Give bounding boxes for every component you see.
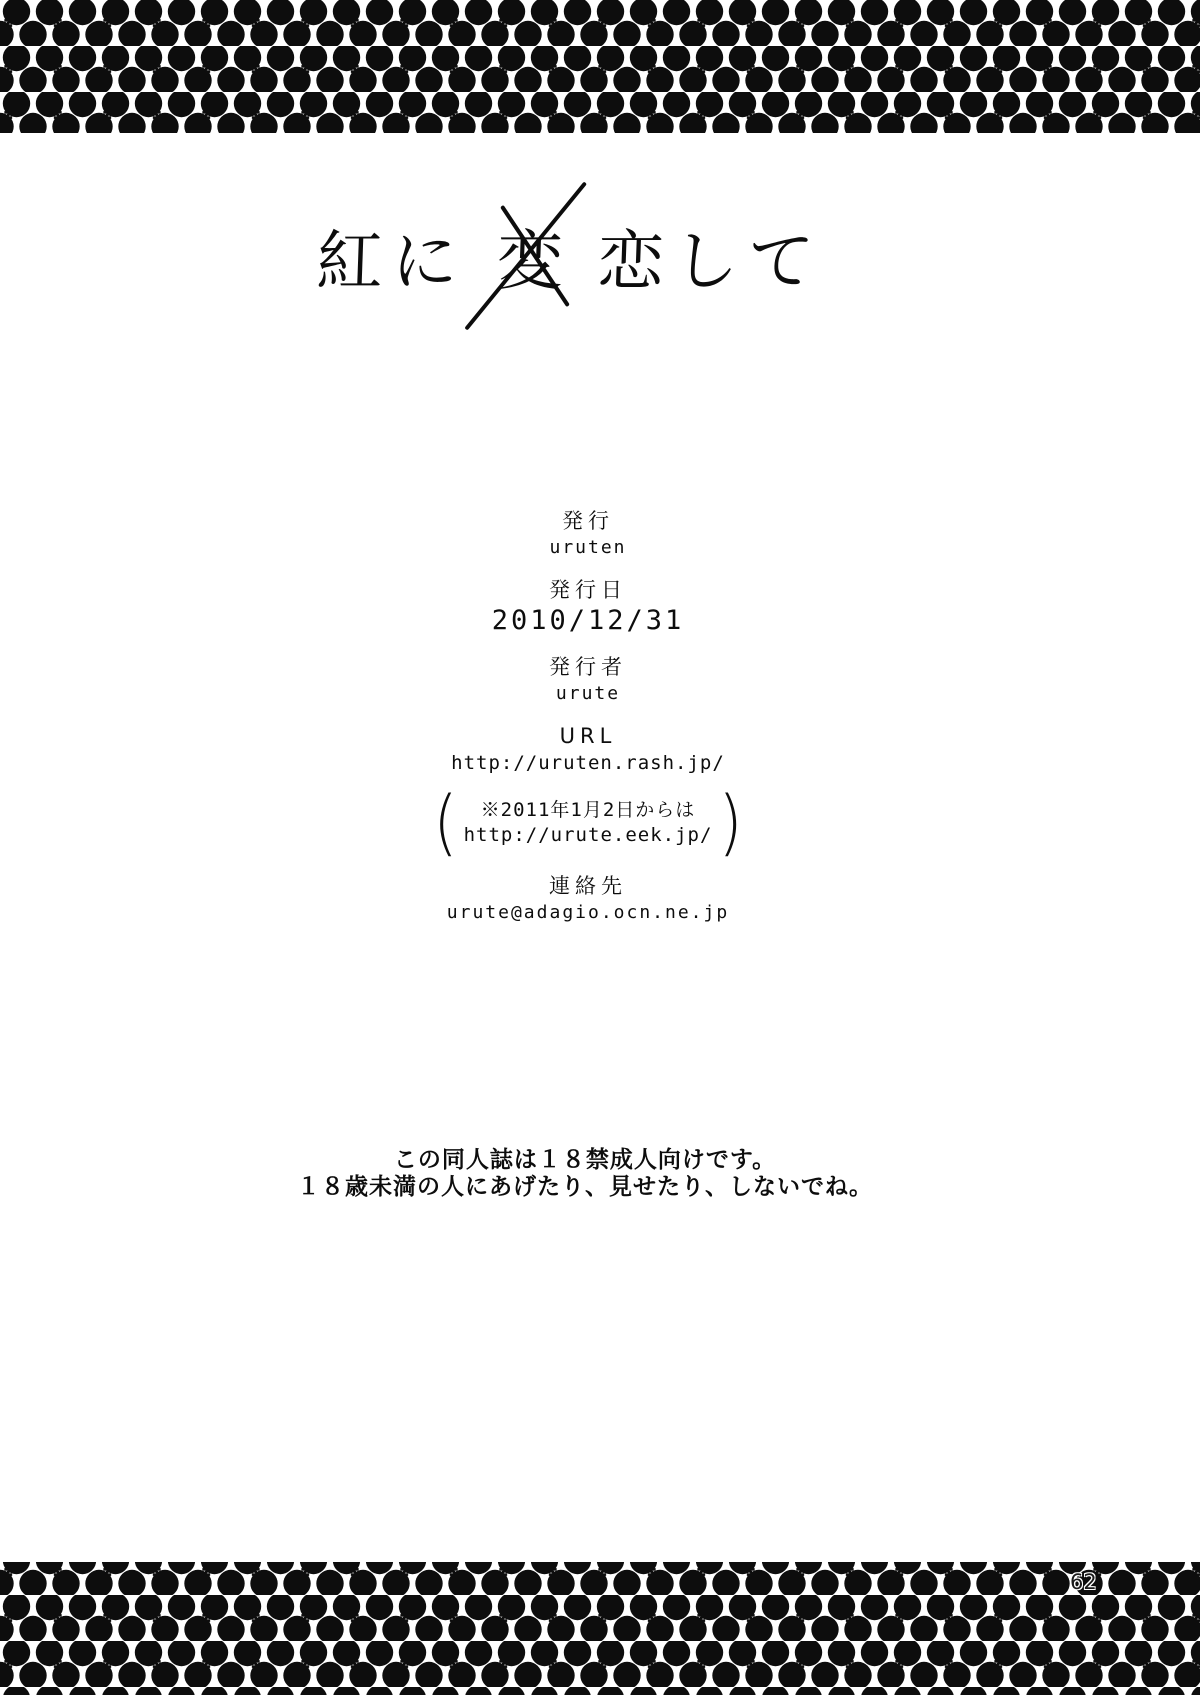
top-ornament-band bbox=[0, 0, 1200, 133]
author-value: urute bbox=[0, 681, 1176, 706]
author-label: 発行者 bbox=[0, 654, 1176, 681]
note-lines: ※2011年1月2日からは http://urute.eek.jp/ bbox=[464, 798, 713, 848]
disclaimer-line1: この同人誌は１８禁成人向けです。 bbox=[0, 1146, 1170, 1173]
contact-label: 連絡先 bbox=[0, 873, 1176, 900]
colophon: 発行 uruten 発行日 2010/12/31 発行者 urute URL h… bbox=[0, 508, 1200, 942]
url-change-note: ( ※2011年1月2日からは http://urute.eek.jp/ ) bbox=[0, 793, 1176, 853]
url-section: URL http://uruten.rash.jp/ bbox=[0, 723, 1176, 776]
disclaimer-line2: １８歳未満の人にあげたり、見せたり、しないでね。 bbox=[0, 1173, 1170, 1200]
note-line2: http://urute.eek.jp/ bbox=[464, 823, 713, 848]
bottom-ornament-band: 62 bbox=[0, 1562, 1200, 1695]
dot-pattern-bottom bbox=[0, 1562, 1200, 1695]
note-line1: ※2011年1月2日からは bbox=[464, 798, 713, 823]
date-label: 発行日 bbox=[0, 577, 1176, 604]
age-disclaimer: この同人誌は１８禁成人向けです。 １８歳未満の人にあげたり、見せたり、しないでね… bbox=[0, 1146, 1200, 1200]
note-close-paren: ) bbox=[718, 789, 742, 858]
doujinshi-colophon-page: 紅に変恋して 発行 uruten 発行日 2010/12/31 発行者 urut… bbox=[0, 0, 1200, 1695]
contact-value: urute@adagio.ocn.ne.jp bbox=[0, 900, 1176, 925]
publisher-section: 発行 uruten bbox=[0, 508, 1176, 560]
url-value: http://uruten.rash.jp/ bbox=[0, 750, 1176, 776]
note-open-paren: ( bbox=[433, 789, 457, 858]
page-number: 62 bbox=[1070, 1570, 1097, 1594]
date-value: 2010/12/31 bbox=[0, 604, 1176, 637]
contact-section: 連絡先 urute@adagio.ocn.ne.jp bbox=[0, 873, 1176, 925]
url-label: URL bbox=[0, 723, 1176, 750]
author-section: 発行者 urute bbox=[0, 654, 1176, 706]
crossed-character: 変 bbox=[495, 223, 573, 300]
title-part1: 紅に bbox=[315, 208, 468, 303]
crossed-word: 変 bbox=[495, 208, 573, 303]
doujin-title: 紅に変恋して bbox=[0, 208, 1200, 303]
publisher-value: uruten bbox=[0, 535, 1176, 560]
title-part2: 恋して bbox=[596, 208, 824, 303]
dot-pattern-top bbox=[0, 0, 1200, 133]
date-section: 発行日 2010/12/31 bbox=[0, 577, 1176, 637]
publisher-label: 発行 bbox=[0, 508, 1176, 535]
